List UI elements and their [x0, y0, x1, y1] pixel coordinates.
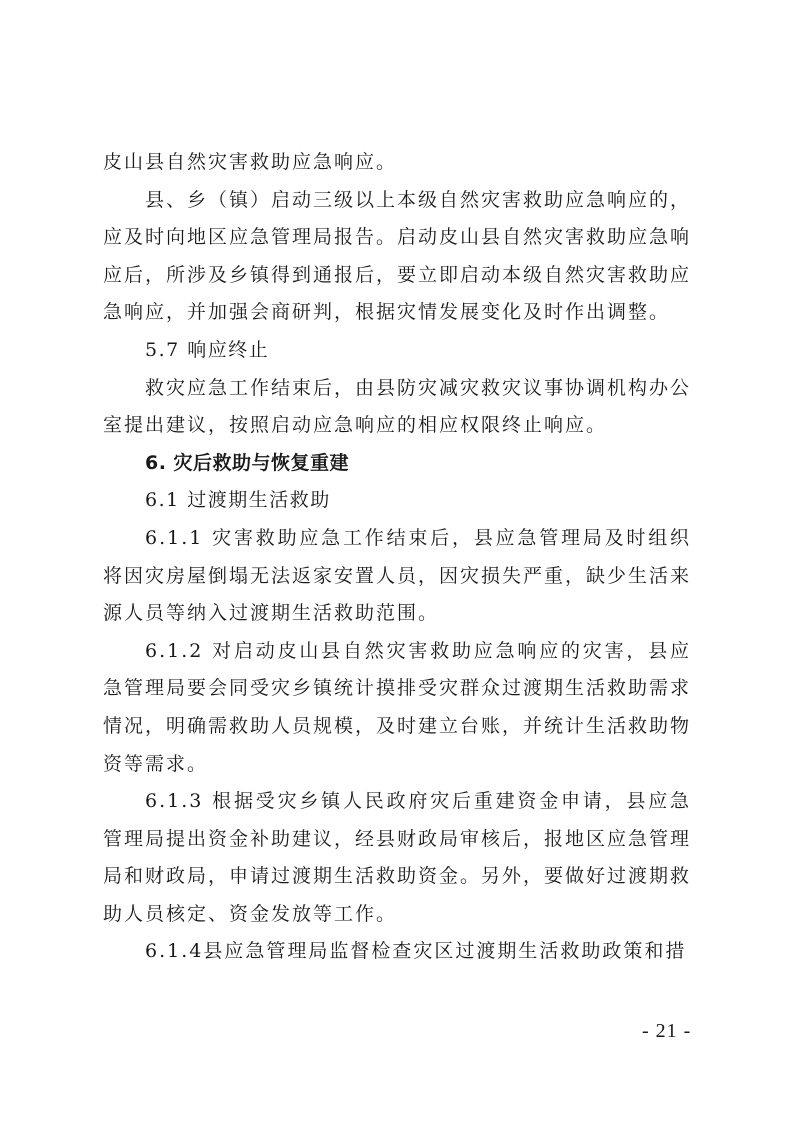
- subheading-5-7: 5.7 响应终止: [103, 332, 691, 370]
- paragraph-response-termination: 救灾应急工作结束后，由县防灾减灾救灾议事协调机构办公室提出建议，按照启动应急响应…: [103, 370, 691, 445]
- paragraph-continuation: 皮山县自然灾害救助应急响应。: [103, 144, 691, 182]
- page-number: - 21 -: [642, 1020, 691, 1043]
- paragraph-6-1-1: 6.1.1 灾害救助应急工作结束后，县应急管理局及时组织将因灾房屋倒塌无法返家安…: [103, 520, 691, 633]
- paragraph-6-1-2: 6.1.2 对启动皮山县自然灾害救助应急响应的灾害，县应急管理局要会同受灾乡镇统…: [103, 633, 691, 783]
- paragraph-6-1-3: 6.1.3 根据受灾乡镇人民政府灾后重建资金申请，县应急管理局提出资金补助建议，…: [103, 783, 691, 933]
- heading-section-6: 6. 灾后救助与恢复重建: [103, 445, 691, 483]
- document-page: 皮山县自然灾害救助应急响应。 县、乡（镇）启动三级以上本级自然灾害救助应急响应的…: [103, 144, 691, 971]
- paragraph-response-report: 县、乡（镇）启动三级以上本级自然灾害救助应急响应的，应及时向地区应急管理局报告。…: [103, 182, 691, 332]
- paragraph-6-1-4: 6.1.4县应急管理局监督检查灾区过渡期生活救助政策和措: [103, 933, 691, 971]
- subheading-6-1: 6.1 过渡期生活救助: [103, 482, 691, 520]
